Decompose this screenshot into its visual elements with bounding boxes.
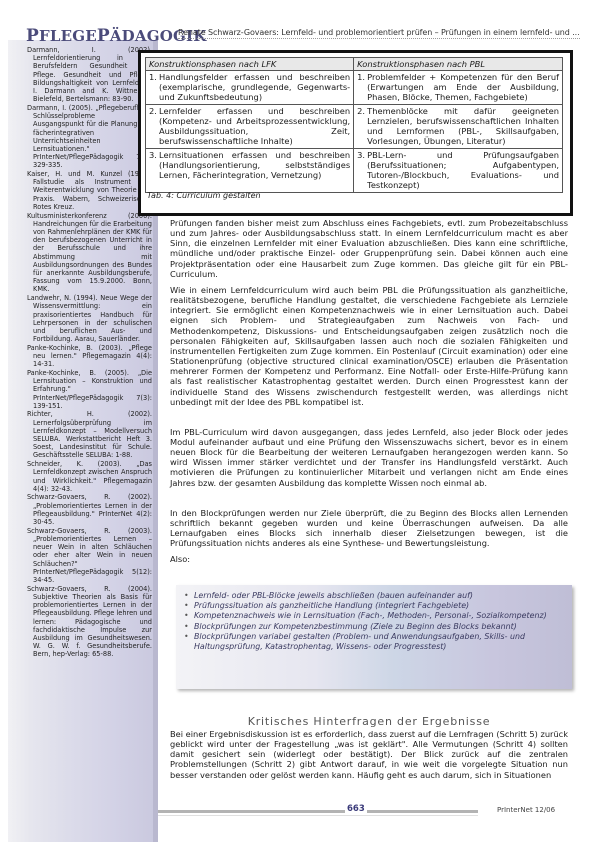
paragraph: In den Blockprüfungen werden nur Ziele ü… <box>170 508 568 549</box>
footer-rule-shadow <box>158 815 478 816</box>
column-header-lfk: Konstruktionsphasen nach LFK <box>146 58 354 71</box>
reference-item: Schwarz-Govaers, R. (2003). „Problemorie… <box>27 527 152 584</box>
running-head: Renate Schwarz-Govaers: Lernfeld- und pr… <box>178 28 580 39</box>
reference-item: Darmann, I. (2005). „Pflegeberufliche Sc… <box>27 104 152 170</box>
summary-list: Lernfeld- oder PBL-Blöcke jeweils abschl… <box>176 585 572 652</box>
section-heading: Kritisches Hinterfragen der Ergebnisse <box>170 715 568 728</box>
reference-item: Kultusministerkonferenz (2000). Handreic… <box>27 212 152 294</box>
summary-box: Lernfeld- oder PBL-Blöcke jeweils abschl… <box>176 585 572 689</box>
table-cell-lfk: 3.Lernsituationen erfassen und beschreib… <box>146 149 354 193</box>
table-cell-lfk: 1.Handlungsfelder erfassen und beschreib… <box>146 71 354 105</box>
journal-issue: PrInterNet 12/06 <box>497 806 555 814</box>
table-row: 2.Lernfelder erfassen und beschreiben (K… <box>146 105 563 149</box>
reference-item: Panke-Kochinke, B. (2005). „Die Lernsitu… <box>27 369 152 410</box>
footer-rule <box>158 810 478 813</box>
table-row: 1.Handlungsfelder erfassen und beschreib… <box>146 71 563 105</box>
page-number: 663 <box>345 804 367 814</box>
column-header-pbl: Konstruktionsphasen nach PBL <box>354 58 563 71</box>
table-cell-lfk: 2.Lernfelder erfassen und beschreiben (K… <box>146 105 354 149</box>
paragraph: Prüfungen fanden bisher meist zum Abschl… <box>170 218 568 279</box>
reference-item: Richter, H. (2002). Lernerfolgsüberprüfu… <box>27 410 152 459</box>
reference-item: Panke-Kochinke, B. (2003). „Pflege neu l… <box>27 344 152 369</box>
curriculum-table: Konstruktionsphasen nach LFK Konstruktio… <box>145 57 563 193</box>
table-header-row: Konstruktionsphasen nach LFK Konstruktio… <box>146 58 563 71</box>
summary-item: Lernfeld- oder PBL-Blöcke jeweils abschl… <box>194 591 562 601</box>
table-cell-pbl: 3.PBL-Lern- und Prüfungsaufgaben (Berufs… <box>354 149 563 193</box>
reference-item: Schwarz-Govaers, R. (2004). Subjektive T… <box>27 585 152 659</box>
paragraph: Also: <box>170 554 568 564</box>
paragraph: Wie in einem Lernfeldcurriculum wird auc… <box>170 285 568 407</box>
reference-item: Schneider, K. (2003). „Das Lernfeldkonze… <box>27 460 152 493</box>
table-cell-pbl: 1.Problemfelder + Kompetenzen für den Be… <box>354 71 563 105</box>
summary-item: Blockprüfungen variabel gestalten (Probl… <box>194 632 562 652</box>
summary-item: Kompetenznachweis wie in Lernsituation (… <box>194 611 562 621</box>
reference-item: Kaiser, H. und M. Kunzel (1996). Fallstu… <box>27 170 152 211</box>
reference-item: Schwarz-Govaers, R. (2002). „Problemorie… <box>27 493 152 526</box>
section-body: Bei einer Ergebnisdiskussion ist es erfo… <box>170 729 568 780</box>
body-text: Prüfungen fanden bisher meist zum Abschl… <box>170 218 568 571</box>
table-row: 3.Lernsituationen erfassen und beschreib… <box>146 149 563 193</box>
summary-item: Prüfungssituation als ganzheitliche Hand… <box>194 601 562 611</box>
summary-item: Blockprüfungen zur Kompetenzbestimmung (… <box>194 622 562 632</box>
table-caption: Tab. 4: Curriculum gestalten <box>147 191 261 200</box>
reference-item: Darmann, I. (2002). Lernfeldorientierung… <box>27 46 152 103</box>
curriculum-table-frame: Konstruktionsphasen nach LFK Konstruktio… <box>138 50 573 216</box>
table-cell-pbl: 2.Themenblöcke mit dafür geeigneten Lern… <box>354 105 563 149</box>
reference-item: Landwehr, N. (1994). Neue Wege der Wisse… <box>27 294 152 343</box>
paragraph: Im PBL-Curriculum wird davon ausgegangen… <box>170 427 568 488</box>
reference-list: Darmann, I. (2002). Lernfeldorientierung… <box>27 46 152 659</box>
